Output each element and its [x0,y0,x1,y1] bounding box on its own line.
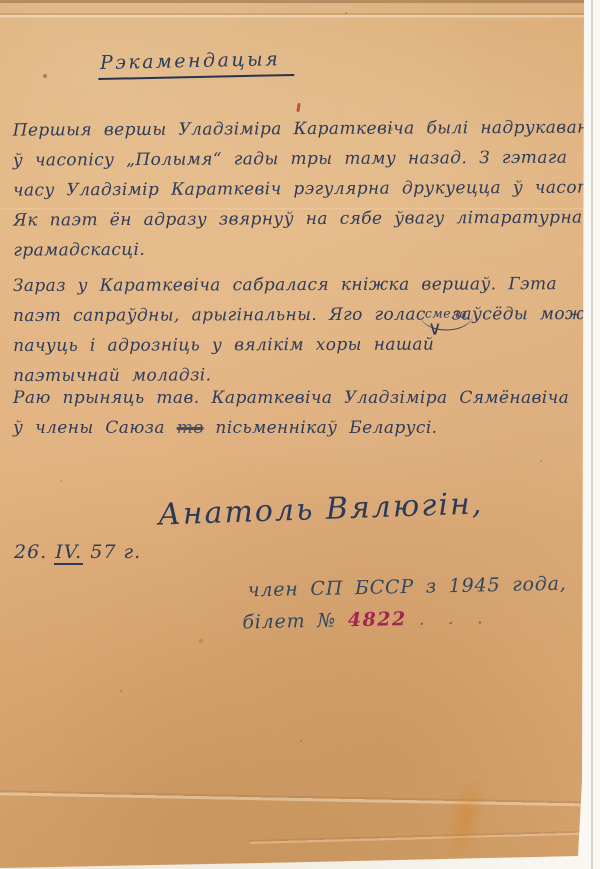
handwritten-line: грамадскасці. [13,232,600,265]
handwritten-line-with-strikethrough: ў члены Саюза тв пісьменнікаў Беларусі. [13,413,569,443]
membership-line-2: білет № 4822 . . . [242,600,568,639]
handwritten-line: часу Уладзімір Караткевіч рэгулярна друк… [13,172,600,205]
date-day: 26. [14,541,47,563]
document-title: Рэкамендацыя [98,48,295,80]
scan-edge-line [591,0,593,869]
date: 26. IV. 57 г. [14,541,141,563]
fold-crease-bottom-2 [250,830,600,844]
handwritten-line: Як паэт ён адразу звярнуў на сябе ўвагу … [13,202,600,235]
date-month: IV. [54,541,83,565]
handwritten-line: пачуць і адрозніць у вялікім хоры нашай [13,329,600,361]
paper-specks [0,0,2,2]
paragraph-3: Раю прыняць тав. Караткевіча Уладзіміра … [13,383,569,443]
line-segment: заўсёды можна [452,304,600,325]
line-segment: ў члены Саюза [13,418,165,438]
handwritten-line-with-insertion: паэт сапраўдны, арыгінальны. Яго голас∨с… [13,299,600,331]
inserted-word: смела [420,298,473,330]
membership-line-1: член СП БССР з 1945 года, [247,568,567,607]
signature: Анатоль Вялюгін, [157,486,483,532]
trailing-dots: . . . [418,606,489,629]
paper-sheet: Рэкамендацыя Першыя вершы Уладзіміра Кар… [0,0,600,869]
paper-stain [439,775,492,863]
line-segment: пісьменнікаў Беларусі. [215,418,437,438]
handwritten-line: Зараз у Караткевіча сабралася кніжка вер… [13,269,600,301]
paragraph-1: Першыя вершы Уладзіміра Караткевіча былі… [13,112,600,265]
line-segment: паэт сапраўдны, арыгінальны. Яго голас [13,305,426,326]
red-ink-mark [296,103,300,112]
handwritten-line: Першыя вершы Уладзіміра Караткевіча былі… [13,112,600,145]
handwritten-line: Раю прыняць тав. Караткевіча Уладзіміра … [13,383,569,413]
scanned-document: Рэкамендацыя Першыя вершы Уладзіміра Кар… [0,0,600,869]
date-year: 57 г. [90,541,141,563]
handwritten-line: ў часопісу „Полымя“ гады тры таму назад.… [13,142,600,175]
crossed-out-word: тв [177,418,204,438]
card-label: білет № [242,610,336,634]
fold-crease-top [0,13,584,19]
membership-note: член СП БССР з 1945 года, білет № 4822 .… [247,568,567,639]
card-number: 4822 [348,608,407,631]
paper-top-shadow [0,0,584,3]
paragraph-2: Зараз у Караткевіча сабралася кніжка вер… [13,269,600,391]
fold-crease-bottom [0,790,600,807]
